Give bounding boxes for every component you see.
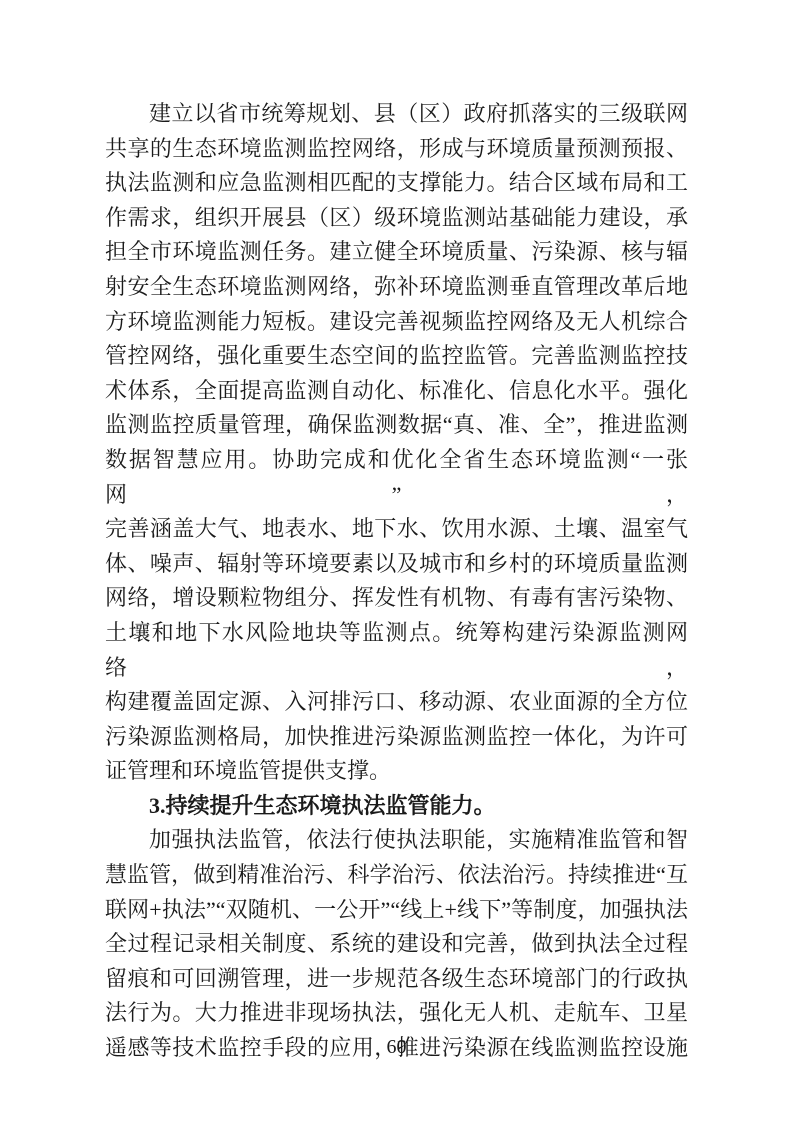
text-line: 污染源监测格局，加快推进污染源监测监控一体化，为许可 — [105, 720, 688, 755]
text-line: 射安全生态环境监测网络，弥补环境监测垂直管理改革后地 — [105, 270, 688, 305]
text-line: 网络，增设颗粒物组分、挥发性有机物、有毒有害污染物、 — [105, 581, 688, 616]
text-line: 证管理和环境监管提供支撑。 — [105, 754, 688, 789]
text-line: 共享的生态环境监测监控网络，形成与环境质量预测预报、 — [105, 132, 688, 167]
section-heading: 3.持续提升生态环境执法监管能力。 — [105, 789, 688, 824]
text-line: 加强执法监管，依法行使执法职能，实施精准监管和智 — [105, 823, 688, 858]
text-line: 方环境监测能力短板。建设完善视频监控网络及无人机综合 — [105, 305, 688, 340]
page-number: 60 — [0, 1036, 793, 1059]
text-line: 慧监管，做到精准治污、科学治污、依法治污。持续推进“互 — [105, 858, 688, 893]
text-line: 担全市环境监测任务。建立健全环境质量、污染源、核与辐 — [105, 235, 688, 270]
text-line: 术体系，全面提高监测自动化、标准化、信息化水平。强化 — [105, 374, 688, 409]
text-line: 监测监控质量管理，确保监测数据“真、准、全”，推进监测 — [105, 408, 688, 443]
text-line: 体、噪声、辐射等环境要素以及城市和乡村的环境质量监测 — [105, 547, 688, 582]
text-line: 联网+执法”“双随机、一公开”“线上+线下”等制度，加强执法 — [105, 893, 688, 928]
text-line: 执法监测和应急监测相匹配的支撑能力。结合区域布局和工 — [105, 166, 688, 201]
document-page: 建立以省市统筹规划、县（区）政府抓落实的三级联网共享的生态环境监测监控网络，形成… — [0, 0, 793, 1122]
text-line: 作需求，组织开展县（区）级环境监测站基础能力建设，承 — [105, 201, 688, 236]
text-block: 建立以省市统筹规划、县（区）政府抓落实的三级联网共享的生态环境监测监控网络，形成… — [105, 97, 688, 1066]
text-line: 数据智慧应用。协助完成和优化全省生态环境监测“一张网”， — [105, 443, 688, 512]
text-line: 全过程记录相关制度、系统的建设和完善，做到执法全过程 — [105, 927, 688, 962]
text-line: 完善涵盖大气、地表水、地下水、饮用水源、土壤、温室气 — [105, 512, 688, 547]
text-line: 土壤和地下水风险地块等监测点。统筹构建污染源监测网络， — [105, 616, 688, 685]
text-line: 管控网络，强化重要生态空间的监控监管。完善监测监控技 — [105, 339, 688, 374]
text-line: 构建覆盖固定源、入河排污口、移动源、农业面源的全方位 — [105, 685, 688, 720]
text-line: 留痕和可回溯管理，进一步规范各级生态环境部门的行政执 — [105, 962, 688, 997]
text-line: 法行为。大力推进非现场执法，强化无人机、走航车、卫星 — [105, 996, 688, 1031]
text-line: 建立以省市统筹规划、县（区）政府抓落实的三级联网 — [105, 97, 688, 132]
